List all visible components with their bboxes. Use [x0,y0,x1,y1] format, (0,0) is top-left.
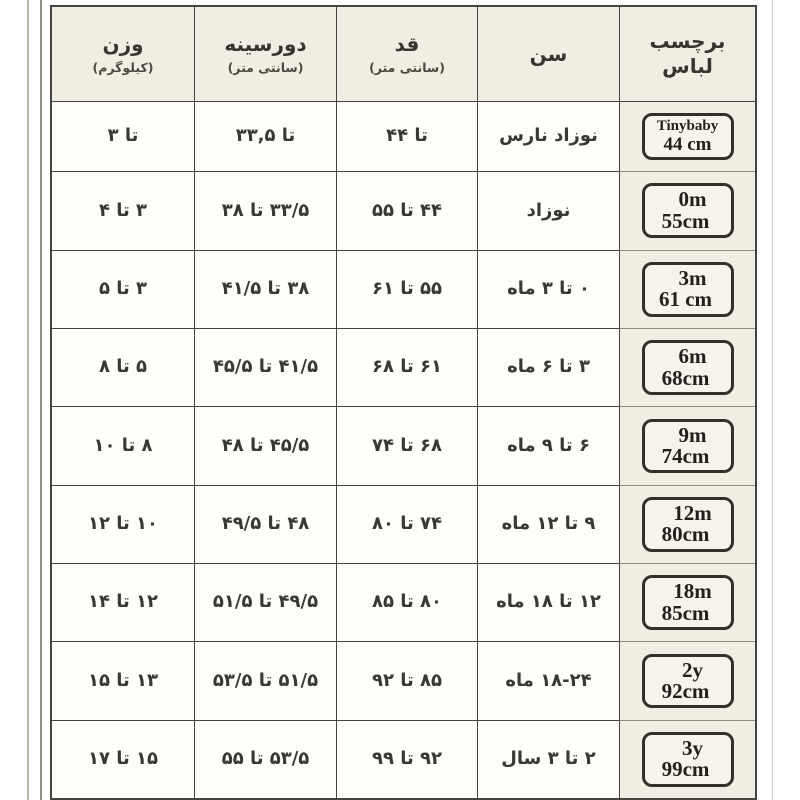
column-header-label: برچسب لباس [619,7,755,102]
column-unit: (سانتی متر) [369,60,445,76]
table-row: 3y 99cm ۲ تا ۳ سال ۹۲ تا ۹۹ ۵۳/۵ تا ۵۵ ۱… [52,721,755,798]
left-inner-edge-line [40,0,42,800]
size-label-cell: 2y 92cm [619,642,755,720]
height-cell: ۶۱ تا ۶۸ [336,329,477,407]
table-row: 18m 85cm ۱۲ تا ۱۸ ماه ۸۰ تا ۸۵ ۴۹/۵ تا ۵… [52,564,755,642]
size-label-cell: 0m 55cm [619,172,755,250]
column-title: دورسینه [224,32,306,57]
age-cell: ۲ تا ۳ سال [477,721,619,798]
weight-cell: ۳ تا ۴ [52,172,194,250]
table-row: 2y 92cm ۱۸-۲۴ ماه ۸۵ تا ۹۲ ۵۱/۵ تا ۵۳/۵ … [52,642,755,720]
size-label-cell: 6m 68cm [619,329,755,407]
chest-cell: ۳۸ تا ۴۱/۵ [194,251,336,329]
chest-cell: ۴۹/۵ تا ۵۱/۵ [194,564,336,642]
column-unit: (سانتی متر) [228,60,304,76]
size-label-line1: 0m [659,189,727,210]
table-row: 6m 68cm ۳ تا ۶ ماه ۶۱ تا ۶۸ ۴۱/۵ تا ۴۵/۵… [52,329,755,407]
column-header-chest: دورسینه (سانتی متر) [194,7,336,102]
right-edge-line [772,0,773,800]
chest-cell: ۴۱/۵ تا ۴۵/۵ [194,329,336,407]
column-header-age: سن [477,7,619,102]
column-title: وزن [103,32,144,57]
size-label-badge: 6m 68cm [642,340,734,395]
size-label-line2: 61 cm [652,289,720,310]
size-label-line2: 55cm [652,211,720,232]
size-label-line2: 85cm [652,603,720,624]
weight-cell: ۱۰ تا ۱۲ [52,486,194,564]
age-cell: ۹ تا ۱۲ ماه [477,486,619,564]
left-outer-edge-line [27,0,29,800]
size-label-badge: 3m 61 cm [642,262,734,317]
size-label-line2: 99cm [652,759,720,780]
column-unit: (کیلوگرم) [93,60,154,76]
size-label-line1: Tinybaby [654,119,722,134]
table-row: 3m 61 cm ۰ تا ۳ ماه ۵۵ تا ۶۱ ۳۸ تا ۴۱/۵ … [52,251,755,329]
height-cell: ۸۰ تا ۸۵ [336,564,477,642]
chest-cell: ۴۵/۵ تا ۴۸ [194,407,336,485]
size-label-line1: 6m [659,346,727,367]
age-cell: ۶ تا ۹ ماه [477,407,619,485]
chest-cell: ۵۱/۵ تا ۵۳/۵ [194,642,336,720]
table-row: 9m 74cm ۶ تا ۹ ماه ۶۸ تا ۷۴ ۴۵/۵ تا ۴۸ ۸… [52,407,755,485]
height-cell: ۶۸ تا ۷۴ [336,407,477,485]
size-label-line1: 12m [659,503,727,524]
table-row: 12m 80cm ۹ تا ۱۲ ماه ۷۴ تا ۸۰ ۴۸ تا ۴۹/۵… [52,486,755,564]
size-label-cell: 12m 80cm [619,486,755,564]
chest-cell: تا ۳۳,۵ [194,102,336,172]
height-cell: ۵۵ تا ۶۱ [336,251,477,329]
age-cell: ۳ تا ۶ ماه [477,329,619,407]
age-cell: ۰ تا ۳ ماه [477,251,619,329]
size-label-cell: Tinybaby 44 cm [619,102,755,172]
size-label-cell: 3y 99cm [619,721,755,798]
size-label-badge: 12m 80cm [642,497,734,552]
chest-cell: ۴۸ تا ۴۹/۵ [194,486,336,564]
size-label-line1: 2y [659,660,727,681]
column-header-height: قد (سانتی متر) [336,7,477,102]
size-label-line1: 3m [659,268,727,289]
weight-cell: تا ۳ [52,102,194,172]
size-label-cell: 3m 61 cm [619,251,755,329]
size-label-line2: 68cm [652,368,720,389]
height-cell: ۸۵ تا ۹۲ [336,642,477,720]
size-label-badge: 0m 55cm [642,183,734,238]
age-cell: نوزاد [477,172,619,250]
height-cell: تا ۴۴ [336,102,477,172]
chest-cell: ۵۳/۵ تا ۵۵ [194,721,336,798]
column-title: سن [530,42,568,67]
size-label-badge: Tinybaby 44 cm [642,113,734,160]
size-label-badge: 9m 74cm [642,419,734,474]
size-label-cell: 18m 85cm [619,564,755,642]
size-label-line2: 92cm [652,681,720,702]
age-cell: ۱۸-۲۴ ماه [477,642,619,720]
weight-cell: ۱۲ تا ۱۴ [52,564,194,642]
weight-cell: ۱۳ تا ۱۵ [52,642,194,720]
baby-size-chart-table: برچسب لباس سن قد (سانتی متر) دورسینه (سا… [50,5,757,800]
size-label-badge: 2y 92cm [642,654,734,709]
size-label-line1: 3y [659,738,727,759]
height-cell: ۹۲ تا ۹۹ [336,721,477,798]
table-header-row: برچسب لباس سن قد (سانتی متر) دورسینه (سا… [52,7,755,102]
age-cell: نوزاد نارس [477,102,619,172]
size-label-line1: 9m [659,425,727,446]
size-label-badge: 18m 85cm [642,575,734,630]
weight-cell: ۱۵ تا ۱۷ [52,721,194,798]
weight-cell: ۳ تا ۵ [52,251,194,329]
size-label-line1: 18m [659,581,727,602]
size-label-cell: 9m 74cm [619,407,755,485]
column-title: قد [395,32,420,57]
size-label-line2: 74cm [652,446,720,467]
table-row: Tinybaby 44 cm نوزاد نارس تا ۴۴ تا ۳۳,۵ … [52,102,755,172]
height-cell: ۷۴ تا ۸۰ [336,486,477,564]
size-label-badge: 3y 99cm [642,732,734,787]
weight-cell: ۸ تا ۱۰ [52,407,194,485]
weight-cell: ۵ تا ۸ [52,329,194,407]
table-row: 0m 55cm نوزاد ۴۴ تا ۵۵ ۳۳/۵ تا ۳۸ ۳ تا ۴ [52,172,755,250]
age-cell: ۱۲ تا ۱۸ ماه [477,564,619,642]
size-label-line2: 80cm [652,524,720,545]
column-title: برچسب لباس [624,29,751,79]
size-label-line2: 44 cm [654,135,722,154]
height-cell: ۴۴ تا ۵۵ [336,172,477,250]
column-header-weight: وزن (کیلوگرم) [52,7,194,102]
chest-cell: ۳۳/۵ تا ۳۸ [194,172,336,250]
